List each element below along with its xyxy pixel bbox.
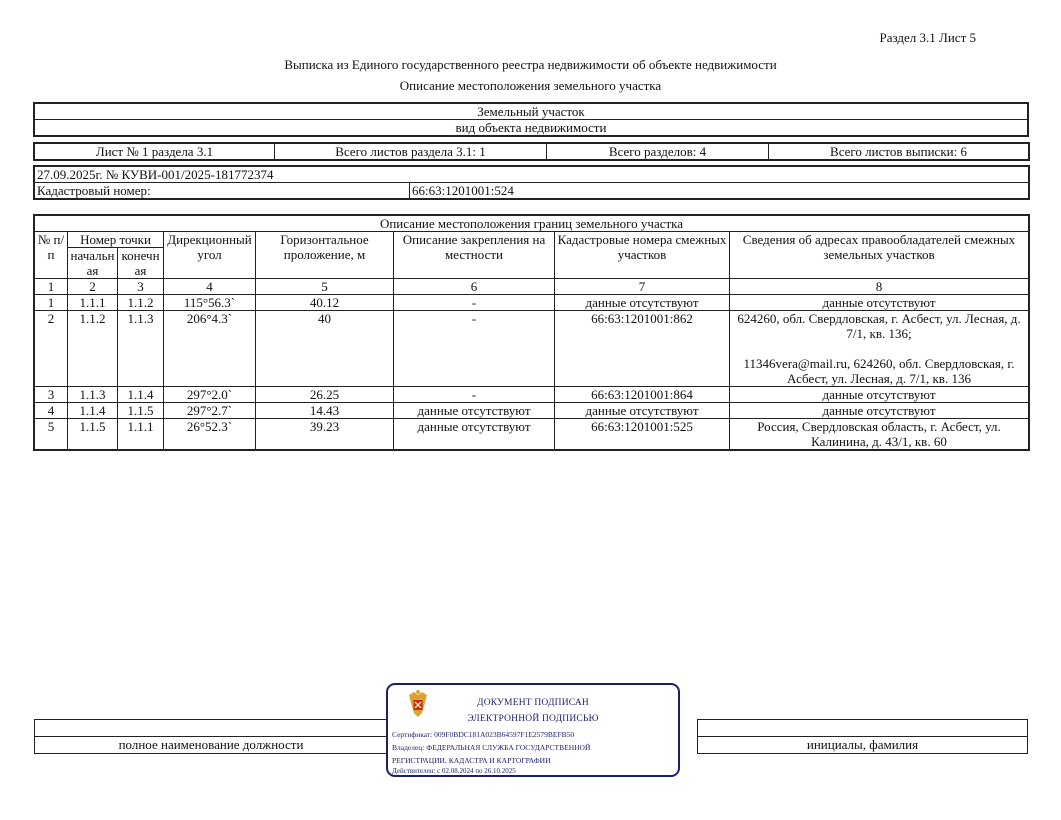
cell-angle: 206°4.3` (164, 311, 256, 387)
cell-fixing: - (394, 387, 555, 403)
stamp-line-2: ЭЛЕКТРОННОЙ ПОДПИСЬЮ (388, 714, 678, 724)
cell-angle: 297°2.7` (164, 403, 256, 419)
header-length: Горизонтальное проложение, м (256, 232, 394, 279)
header-start: начальн ая (68, 248, 118, 279)
boundaries-table: Описание местоположения границ земельног… (34, 215, 1029, 450)
object-type-caption: вид объекта недвижимости (35, 120, 1028, 136)
cell-end: 1.1.4 (118, 387, 164, 403)
cell-end: 1.1.3 (118, 311, 164, 387)
owner-address (732, 341, 1026, 356)
cell-length: 40 (256, 311, 394, 387)
cell-start: 1.1.2 (68, 311, 118, 387)
column-number: 4 (164, 279, 256, 295)
cadastral-value: 66:63:1201001:524 (410, 183, 1029, 199)
position-blank (35, 720, 388, 737)
electronic-signature-stamp: ДОКУМЕНТ ПОДПИСАН ЭЛЕКТРОННОЙ ПОДПИСЬЮ С… (386, 683, 680, 777)
cell-fixing: - (394, 295, 555, 311)
cell-owners: данные отсутствуют (730, 403, 1029, 419)
cell-length: 40.12 (256, 295, 394, 311)
owner-address: 624260, обл. Свердловская, г. Асбест, ул… (732, 311, 1026, 341)
cell-end: 1.1.2 (118, 295, 164, 311)
header-owners: Сведения об адресах правообладателей сме… (730, 232, 1029, 279)
sheet-number: Лист № 1 раздела 3.1 (35, 144, 275, 160)
cell-angle: 26°52.3` (164, 419, 256, 450)
cell-num: 1 (35, 295, 68, 311)
cadastral-label: Кадастровый номер: (35, 183, 410, 199)
name-signature-table: инициалы, фамилия (697, 719, 1028, 754)
name-blank (698, 720, 1028, 737)
sheets-info-table: Лист № 1 раздела 3.1 Всего листов раздел… (34, 143, 1029, 160)
total-sections: Всего разделов: 4 (547, 144, 769, 160)
cell-end: 1.1.5 (118, 403, 164, 419)
owner-address: 11346vera@mail.ru, 624260, обл. Свердлов… (732, 356, 1026, 386)
cell-fixing: данные отсутствуют (394, 403, 555, 419)
position-signature-table: полное наименование должности (34, 719, 388, 754)
column-number: 2 (68, 279, 118, 295)
cell-num: 3 (35, 387, 68, 403)
header-angle: Дирекционный угол (164, 232, 256, 279)
cell-adjacent: данные отсутствуют (555, 403, 730, 419)
boundaries-title: Описание местоположения границ земельног… (35, 216, 1029, 232)
total-section-sheets: Всего листов раздела 3.1: 1 (275, 144, 547, 160)
cell-owners: Россия, Свердловская область, г. Асбест,… (730, 419, 1029, 450)
cell-length: 26.25 (256, 387, 394, 403)
stamp-line-1: ДОКУМЕНТ ПОДПИСАН (388, 698, 678, 708)
owner-address: данные отсутствуют (732, 387, 1026, 402)
table-row: 11.1.11.1.2115°56.3`40.12-данные отсутст… (35, 295, 1029, 311)
header-adjacent: Кадастровые номера смежных участков (555, 232, 730, 279)
table-row: 51.1.51.1.126°52.3`39.23данные отсутству… (35, 419, 1029, 450)
object-type-table: Земельный участок вид объекта недвижимос… (34, 103, 1028, 136)
object-type: Земельный участок (35, 104, 1028, 120)
column-number: 7 (555, 279, 730, 295)
cell-start: 1.1.4 (68, 403, 118, 419)
cell-start: 1.1.5 (68, 419, 118, 450)
column-number: 6 (394, 279, 555, 295)
position-caption: полное наименование должности (35, 737, 388, 754)
cell-owners: 624260, обл. Свердловская, г. Асбест, ул… (730, 311, 1029, 387)
cell-adjacent: 66:63:1201001:525 (555, 419, 730, 450)
cell-adjacent: данные отсутствуют (555, 295, 730, 311)
document-title: Выписка из Единого государственного реес… (0, 57, 1061, 73)
registration-table: 27.09.2025г. № КУВИ-001/2025-181772374 К… (34, 166, 1029, 199)
owner-address: Россия, Свердловская область, г. Асбест,… (732, 419, 1026, 449)
registration-number: 27.09.2025г. № КУВИ-001/2025-181772374 (35, 167, 1029, 183)
cell-adjacent: 66:63:1201001:864 (555, 387, 730, 403)
column-numbers-row: 12345678 (35, 279, 1029, 295)
table-row: 31.1.31.1.4297°2.0`26.25-66:63:1201001:8… (35, 387, 1029, 403)
cell-fixing: - (394, 311, 555, 387)
cell-end: 1.1.1 (118, 419, 164, 450)
cell-fixing: данные отсутствуют (394, 419, 555, 450)
cell-angle: 115°56.3` (164, 295, 256, 311)
cell-start: 1.1.1 (68, 295, 118, 311)
cell-num: 2 (35, 311, 68, 387)
column-number: 1 (35, 279, 68, 295)
stamp-owner-line-2: РЕГИСТРАЦИИ, КАДАСТРА И КАРТОГРАФИИ (392, 756, 551, 765)
cell-angle: 297°2.0` (164, 387, 256, 403)
table-row: 21.1.21.1.3206°4.3`40-66:63:1201001:8626… (35, 311, 1029, 387)
owner-address: данные отсутствуют (732, 403, 1026, 418)
header-end: конечн ая (118, 248, 164, 279)
column-number: 3 (118, 279, 164, 295)
cell-owners: данные отсутствуют (730, 387, 1029, 403)
column-number: 8 (730, 279, 1029, 295)
name-caption: инициалы, фамилия (698, 737, 1028, 754)
cell-length: 14.43 (256, 403, 394, 419)
cell-adjacent: 66:63:1201001:862 (555, 311, 730, 387)
stamp-certificate: Сертификат: 009F0BDC181A023B64597F1E2579… (392, 730, 574, 739)
header-point-number: Номер точки (68, 232, 164, 248)
total-sheets: Всего листов выписки: 6 (769, 144, 1029, 160)
column-number: 5 (256, 279, 394, 295)
stamp-owner-line-1: Владелец: ФЕДЕРАЛЬНАЯ СЛУЖБА ГОСУДАРСТВЕ… (392, 743, 590, 752)
cell-num: 5 (35, 419, 68, 450)
owner-address: данные отсутствуют (732, 295, 1026, 310)
cell-start: 1.1.3 (68, 387, 118, 403)
document-subtitle: Описание местоположения земельного участ… (0, 78, 1061, 94)
header-num: № п/п (35, 232, 68, 279)
table-row: 41.1.41.1.5297°2.7`14.43данные отсутству… (35, 403, 1029, 419)
stamp-validity: Действителен: с 02.08.2024 по 26.10.2025 (392, 767, 516, 775)
header-fixing: Описание закрепления на местности (394, 232, 555, 279)
cell-num: 4 (35, 403, 68, 419)
section-sheet-label: Раздел 3.1 Лист 5 (880, 30, 977, 46)
cell-owners: данные отсутствуют (730, 295, 1029, 311)
cell-length: 39.23 (256, 419, 394, 450)
